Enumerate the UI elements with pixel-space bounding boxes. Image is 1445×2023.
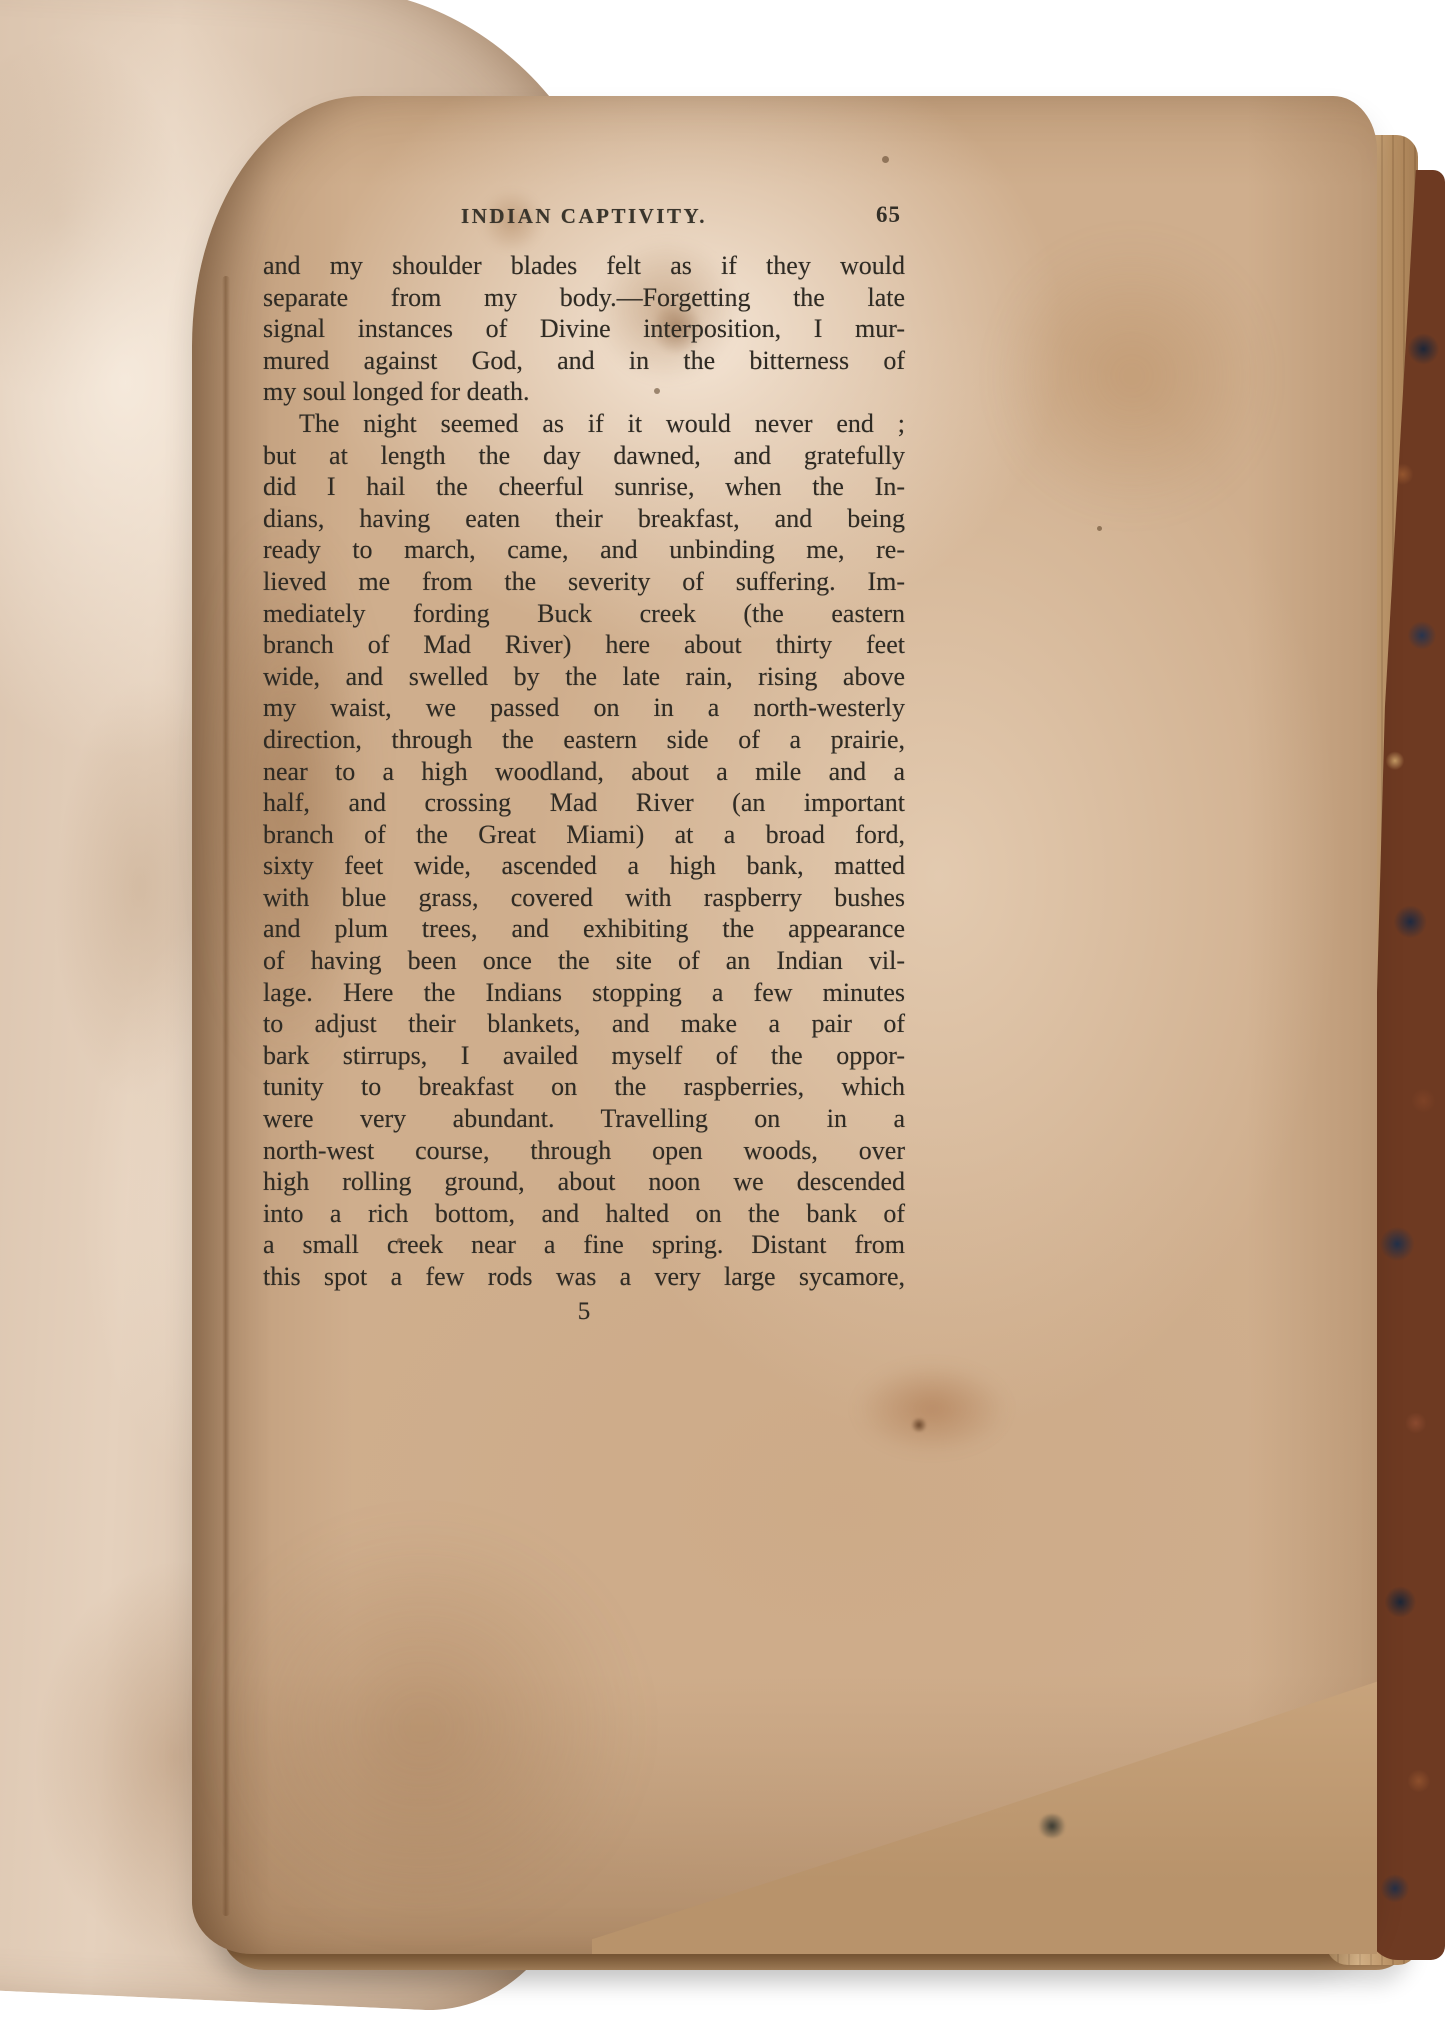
body-text-line: branch of the Great Miami) at a broad fo… bbox=[263, 819, 905, 851]
page-number: 65 bbox=[876, 202, 901, 228]
stain-speck bbox=[1097, 526, 1102, 531]
book-page: INDIAN CAPTIVITY. 65 and my shoulder bla… bbox=[192, 96, 1377, 1954]
printed-text-block: INDIAN CAPTIVITY. 65 and my shoulder bla… bbox=[263, 204, 905, 1326]
body-text-line: but at length the day dawned, and gratef… bbox=[263, 440, 905, 472]
body-text-line: my soul longed for death. bbox=[263, 376, 905, 408]
body-text-line: direction, through the eastern side of a… bbox=[263, 724, 905, 756]
body-text-line: signal instances of Divine interposition… bbox=[263, 313, 905, 345]
paper-stain bbox=[212, 1526, 632, 1926]
body-text-line: into a rich bottom, and halted on the ba… bbox=[263, 1198, 905, 1230]
body-text-line: branch of Mad River) here about thirty f… bbox=[263, 629, 905, 661]
body-text-line: half, and crossing Mad River (an importa… bbox=[263, 787, 905, 819]
body-text-line: of having been once the site of an India… bbox=[263, 945, 905, 977]
body-text-line: ready to march, came, and unbinding me, … bbox=[263, 534, 905, 566]
body-text-line: tunity to breakfast on the raspberries, … bbox=[263, 1071, 905, 1103]
body-text-line: a small creek near a fine spring. Distan… bbox=[263, 1229, 905, 1261]
stain-speck bbox=[882, 156, 889, 163]
body-text-line: lage. Here the Indians stopping a few mi… bbox=[263, 977, 905, 1009]
body-text-line: wide, and swelled by the late rain, risi… bbox=[263, 661, 905, 693]
page-header: INDIAN CAPTIVITY. 65 bbox=[263, 204, 905, 234]
body-text-line: sixty feet wide, ascended a high bank, m… bbox=[263, 850, 905, 882]
body-text-line: high rolling ground, about noon we desce… bbox=[263, 1166, 905, 1198]
paper-stain bbox=[1002, 226, 1262, 526]
body-text-line: to adjust their blankets, and make a pai… bbox=[263, 1008, 905, 1040]
body-text-line: lieved me from the severity of suffering… bbox=[263, 566, 905, 598]
body-text-line: this spot a few rods was a very large sy… bbox=[263, 1261, 905, 1293]
body-text-line: did I hail the cheerful sunrise, when th… bbox=[263, 471, 905, 503]
body-text-line: bark stirrups, I availed myself of the o… bbox=[263, 1040, 905, 1072]
body-text-line: near to a high woodland, about a mile an… bbox=[263, 756, 905, 788]
body-text-line: mediately fording Buck creek (the easter… bbox=[263, 598, 905, 630]
body-text-line: mured against God, and in the bitterness… bbox=[263, 345, 905, 377]
body-text: and my shoulder blades felt as if they w… bbox=[263, 250, 905, 1293]
signature-mark: 5 bbox=[263, 1298, 905, 1326]
body-text-line: my waist, we passed on in a north-wester… bbox=[263, 692, 905, 724]
body-text-line: dians, having eaten their breakfast, and… bbox=[263, 503, 905, 535]
book-photo-scene: INDIAN CAPTIVITY. 65 and my shoulder bla… bbox=[0, 0, 1445, 2023]
gutter-crease bbox=[222, 276, 230, 1916]
body-text-line: were very abundant. Travelling on in a bbox=[263, 1103, 905, 1135]
body-text-line: The night seemed as if it would never en… bbox=[263, 408, 905, 440]
paper-stain bbox=[852, 1361, 1012, 1456]
body-text-line: separate from my body.—Forgetting the la… bbox=[263, 282, 905, 314]
body-text-line: with blue grass, covered with raspberry … bbox=[263, 882, 905, 914]
body-text-line: north-west course, through open woods, o… bbox=[263, 1135, 905, 1167]
paper-stain bbox=[910, 1418, 928, 1432]
body-text-line: and plum trees, and exhibiting the appea… bbox=[263, 913, 905, 945]
torn-corner bbox=[592, 1586, 1377, 1954]
running-title: INDIAN CAPTIVITY. bbox=[263, 204, 905, 229]
body-text-line: and my shoulder blades felt as if they w… bbox=[263, 250, 905, 282]
